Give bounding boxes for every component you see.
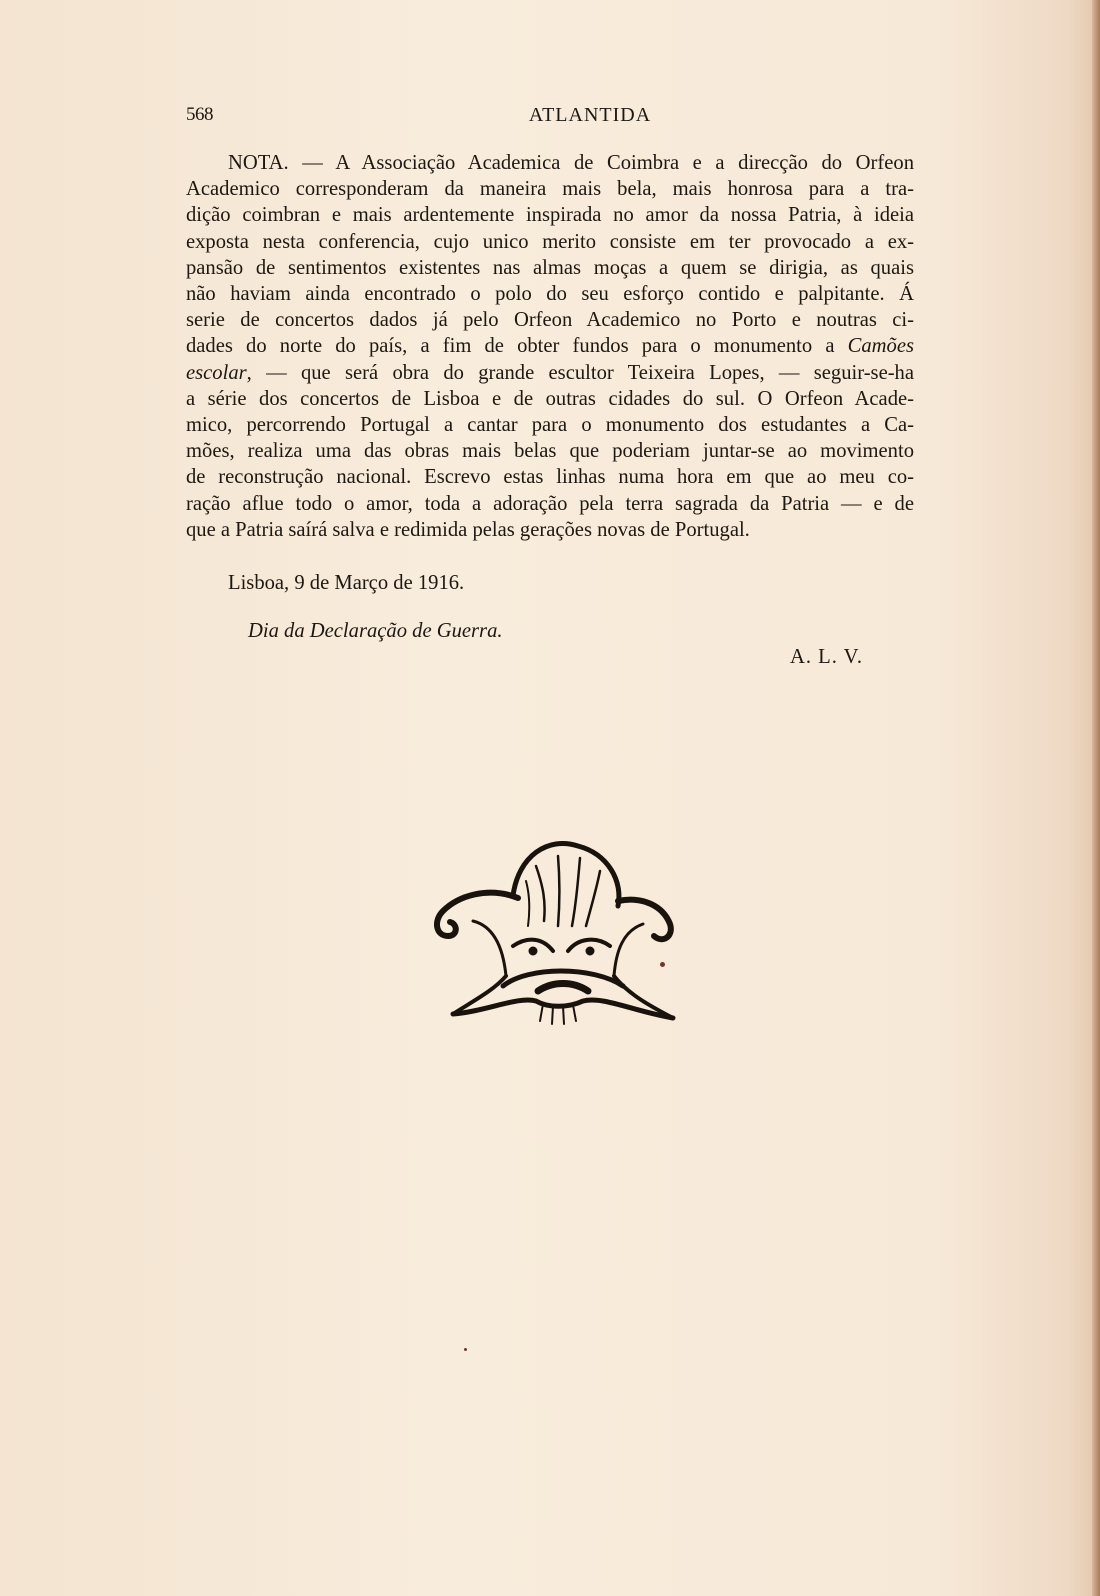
author-initials: A. L. V. (790, 646, 863, 669)
italic-title: escolar (186, 362, 247, 384)
note-line: exposta nesta conferencia, cujo unico me… (186, 229, 914, 255)
note-text: dades do norte do país, a fim de obter f… (186, 335, 848, 357)
note-line: mões, realiza uma das obras mais belas q… (186, 438, 914, 464)
running-head: 568 ATLANTIDA (186, 104, 914, 134)
paper-speck (660, 962, 665, 967)
journal-title: ATLANTIDA (186, 104, 914, 127)
note-line: mico, percorrendo Portugal a cantar para… (186, 412, 914, 438)
occasion-line: Dia da Declaração de Guerra. (248, 620, 503, 643)
note-text: , — que será obra do grande escultor Tei… (247, 362, 914, 384)
note-line: de reconstrução nacional. Escrevo estas … (186, 464, 914, 490)
page-edge (1092, 0, 1100, 1596)
note-line: NOTA. — A Associação Academica de Coimbr… (186, 150, 914, 176)
note-line: serie de concertos dados já pelo Orfeon … (186, 307, 914, 333)
note-line: pansão de sentimentos existentes nas alm… (186, 255, 914, 281)
note-line: ração aflue todo o amor, toda a adoração… (186, 491, 914, 517)
note-line: dição coimbran e mais ardentemente inspi… (186, 202, 914, 228)
note-line: que a Patria saírá salva e redimida pela… (186, 517, 914, 543)
note-paragraph: NOTA. — A Associação Academica de Coimbr… (186, 150, 914, 543)
note-line: não haviam ainda encontrado o polo do se… (186, 281, 914, 307)
paper-speck (464, 1348, 467, 1351)
grotesque-mask-ornament-icon (418, 826, 678, 1036)
dateline: Lisboa, 9 de Março de 1916. (228, 572, 464, 595)
note-line: dades do norte do país, a fim de obter f… (186, 333, 914, 359)
note-line: a série dos concertos de Lisboa e de out… (186, 386, 914, 412)
note-line: escolar, — que será obra do grande escul… (186, 360, 914, 386)
note-line: Academico corresponderam da maneira mais… (186, 176, 914, 202)
italic-title: Camões (848, 335, 914, 357)
